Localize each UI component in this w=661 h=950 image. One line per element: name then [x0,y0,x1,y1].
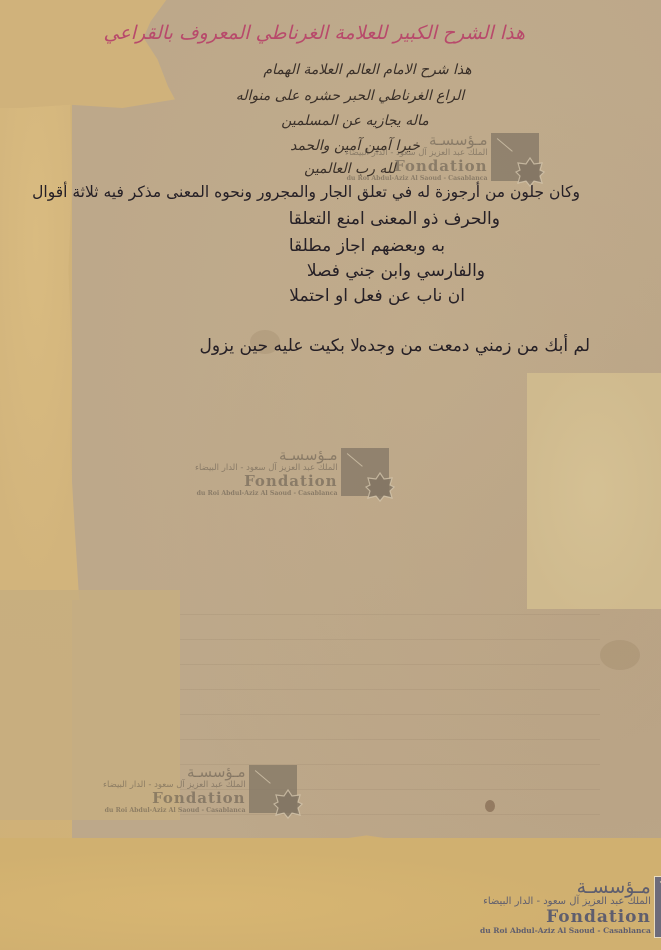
watermark-french-subtitle: du Roi Abdul-Aziz Al Saoud - Casablanca [197,489,338,498]
body-line-2: والحرف ذو المعنى امنع التعلقا [245,209,500,229]
foundation-watermark-middle: مـؤسسـة الملك عبد العزيز آل سعود - الدار… [195,448,389,498]
colophon-line-2: الراع الغرناطي الحبر حشره على منواله [235,88,465,104]
colophon-line-3: ماله يجازيه عن المسلمين [265,113,445,129]
foundation-watermark-corner: مـؤسسـة الملك عبد العزيز آل سعود - الدار… [480,876,661,938]
watermark-french-title: Fondation [152,790,246,806]
foundation-watermark-top: مـؤسسـة الملك عبد العزيز آل سعود - الدار… [345,133,539,183]
watermark-french-subtitle: du Roi Abdul-Aziz Al Saoud - Casablanca [480,926,651,936]
watermark-french-title: Fondation [244,473,338,489]
stain [600,640,640,670]
title-red-heading: هذا الشرح الكبير للعلامة الغرناطي المعرو… [165,22,525,44]
right-paper-patch [527,373,661,609]
foundation-logo-icon [249,765,297,813]
verse-right-hemistich: لم أبك من زمني دمعت من وجده [380,336,590,356]
watermark-french-title: Fondation [546,908,651,926]
foundation-watermark-lower: مـؤسسـة الملك عبد العزيز آل سعود - الدار… [103,765,297,815]
watermark-french-subtitle: du Roi Abdul-Aziz Al Saoud - Casablanca [347,174,488,183]
watermark-french-title: Fondation [394,158,488,174]
foundation-logo-icon [341,448,389,496]
verse-left-hemistich: لا بكيت عليه حين يزول [190,336,360,356]
watermark-arabic-title: مـؤسسـة [187,765,246,780]
top-left-torn-flap [0,0,175,108]
foundation-logo-icon [654,876,661,938]
watermark-french-subtitle: du Roi Abdul-Aziz Al Saoud - Casablanca [105,806,246,815]
colophon-line-1: هذا شرح الامام العالم العلامة الهمام [250,62,485,78]
body-line-3: به وبعضهم اجاز مطلقا [265,236,445,256]
foundation-logo-icon [491,133,539,181]
manuscript-page: هذا الشرح الكبير للعلامة الغرناطي المعرو… [0,0,661,950]
body-line-4: والفارسي وابن جني فصلا [265,261,485,281]
stain [485,800,495,812]
body-line-5: ان ناب عن فعل او احتملا [255,286,465,306]
watermark-arabic-title: مـؤسسـة [429,133,488,148]
watermark-arabic-title: مـؤسسـة [577,878,651,896]
watermark-arabic-title: مـؤسسـة [279,448,338,463]
